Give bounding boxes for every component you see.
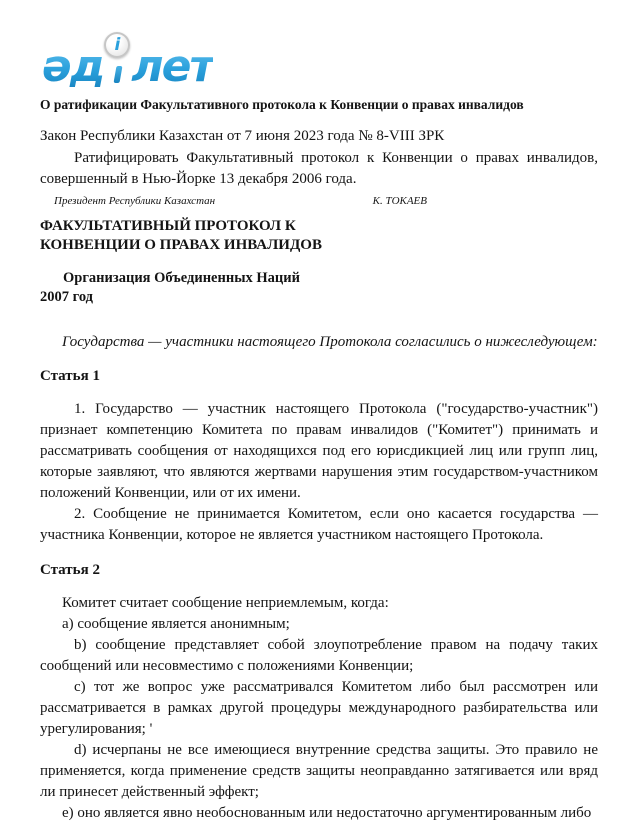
list-item-e: e) оно является явно необоснованным или … <box>40 803 598 824</box>
protocol-heading-line2: КОНВЕНЦИИ О ПРАВАХ ИНВАЛИДОВ <box>40 236 598 255</box>
president-title: Президент Республики Казахстан <box>54 194 215 208</box>
article-paragraph: 1. Государство — участник настоящего Про… <box>40 399 598 504</box>
article-paragraph: Комитет считает сообщение неприемлемым, … <box>40 593 598 614</box>
list-item-d: d) исчерпаны не все имеющиеся внутренние… <box>40 740 598 803</box>
organization-line: Организация Объединенных Наций <box>40 269 598 288</box>
logo-text-after: лет <box>131 44 213 90</box>
law-number-line: Закон Республики Казахстан от 7 июня 202… <box>40 126 598 146</box>
president-name: К. ТОКАЕВ <box>373 194 427 208</box>
year-line: 2007 год <box>40 288 598 307</box>
document-page: әд і лет О ратификации Факультативного п… <box>0 0 640 824</box>
list-item-a: а) сообщение является анонимным; <box>40 614 598 635</box>
article-1-body: 1. Государство — участник настоящего Про… <box>40 399 598 546</box>
list-item-c: c) тот же вопрос уже рассматривался Коми… <box>40 677 598 740</box>
article-1-title: Статья 1 <box>40 367 598 386</box>
adilet-logo[interactable]: әд і лет <box>42 36 598 90</box>
article-paragraph: 2. Сообщение не принимается Комитетом, е… <box>40 504 598 546</box>
ratification-paragraph: Ратифицировать Факультативный протокол к… <box>40 148 598 190</box>
lens-letter: і <box>114 22 120 68</box>
article-2-title: Статья 2 <box>40 561 598 580</box>
logo-text-before: әд <box>42 44 103 90</box>
protocol-heading: ФАКУЛЬТАТИВНЫЙ ПРОТОКОЛ К КОНВЕНЦИИ О ПР… <box>40 217 598 255</box>
logo-letter-i: і <box>104 36 130 90</box>
magnifier-lens-icon: і <box>104 32 130 58</box>
preamble: Государства — участники настоящего Прото… <box>40 332 598 352</box>
logo-i-stem <box>114 66 123 83</box>
protocol-heading-line1: ФАКУЛЬТАТИВНЫЙ ПРОТОКОЛ К <box>40 217 598 236</box>
list-item-b: b) сообщение представляет собой злоупотр… <box>40 635 598 677</box>
signature-row: Президент Республики Казахстан К. ТОКАЕВ <box>40 194 598 208</box>
document-title: О ратификации Факультативного протокола … <box>40 96 598 113</box>
article-2-body: Комитет считает сообщение неприемлемым, … <box>40 593 598 824</box>
